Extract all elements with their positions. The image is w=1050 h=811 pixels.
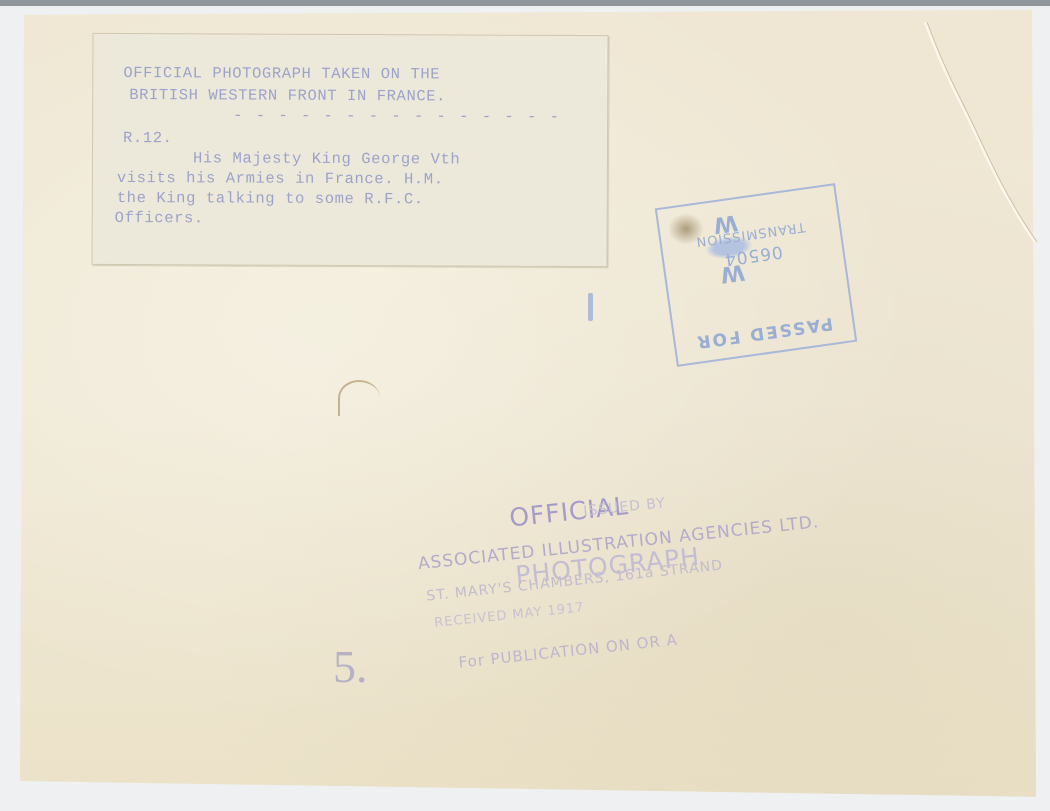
hair-mark [338,380,380,416]
caption-body-line-2: visits his Armies in France. H.M. [117,169,444,188]
ink-mark [588,293,593,321]
caption-body-line-1: His Majesty King George Vth [193,149,460,168]
caption-body-line-4: Officers. [115,209,204,227]
tape-stain [668,213,704,245]
caption-header-line-2: BRITISH WESTERN FRONT IN FRANCE. [129,86,446,105]
pencil-number: 5. [333,640,368,693]
caption-divider: - - - - - - - - - - - - - - - [233,106,561,125]
typed-caption-label: OFFICIAL PHOTOGRAPH TAKEN ON THE BRITISH… [91,33,608,267]
scanner-edge [0,0,1050,6]
caption-body-line-3: the King talking to some R.F.C. [117,189,424,208]
passed-for-transmission-stamp: PASSED FOR W W 06504 TRANSMISSION [655,183,857,367]
caption-header-line-1: OFFICIAL PHOTOGRAPH TAKEN ON THE [123,64,440,83]
official-photograph-stamp: OFFICIAL PHOTOGRAPH ISSUED BY ASSOCIATED… [405,391,900,699]
official-publication: For PUBLICATION ON OR A [458,631,679,672]
caption-reference: R.12. [123,129,173,147]
